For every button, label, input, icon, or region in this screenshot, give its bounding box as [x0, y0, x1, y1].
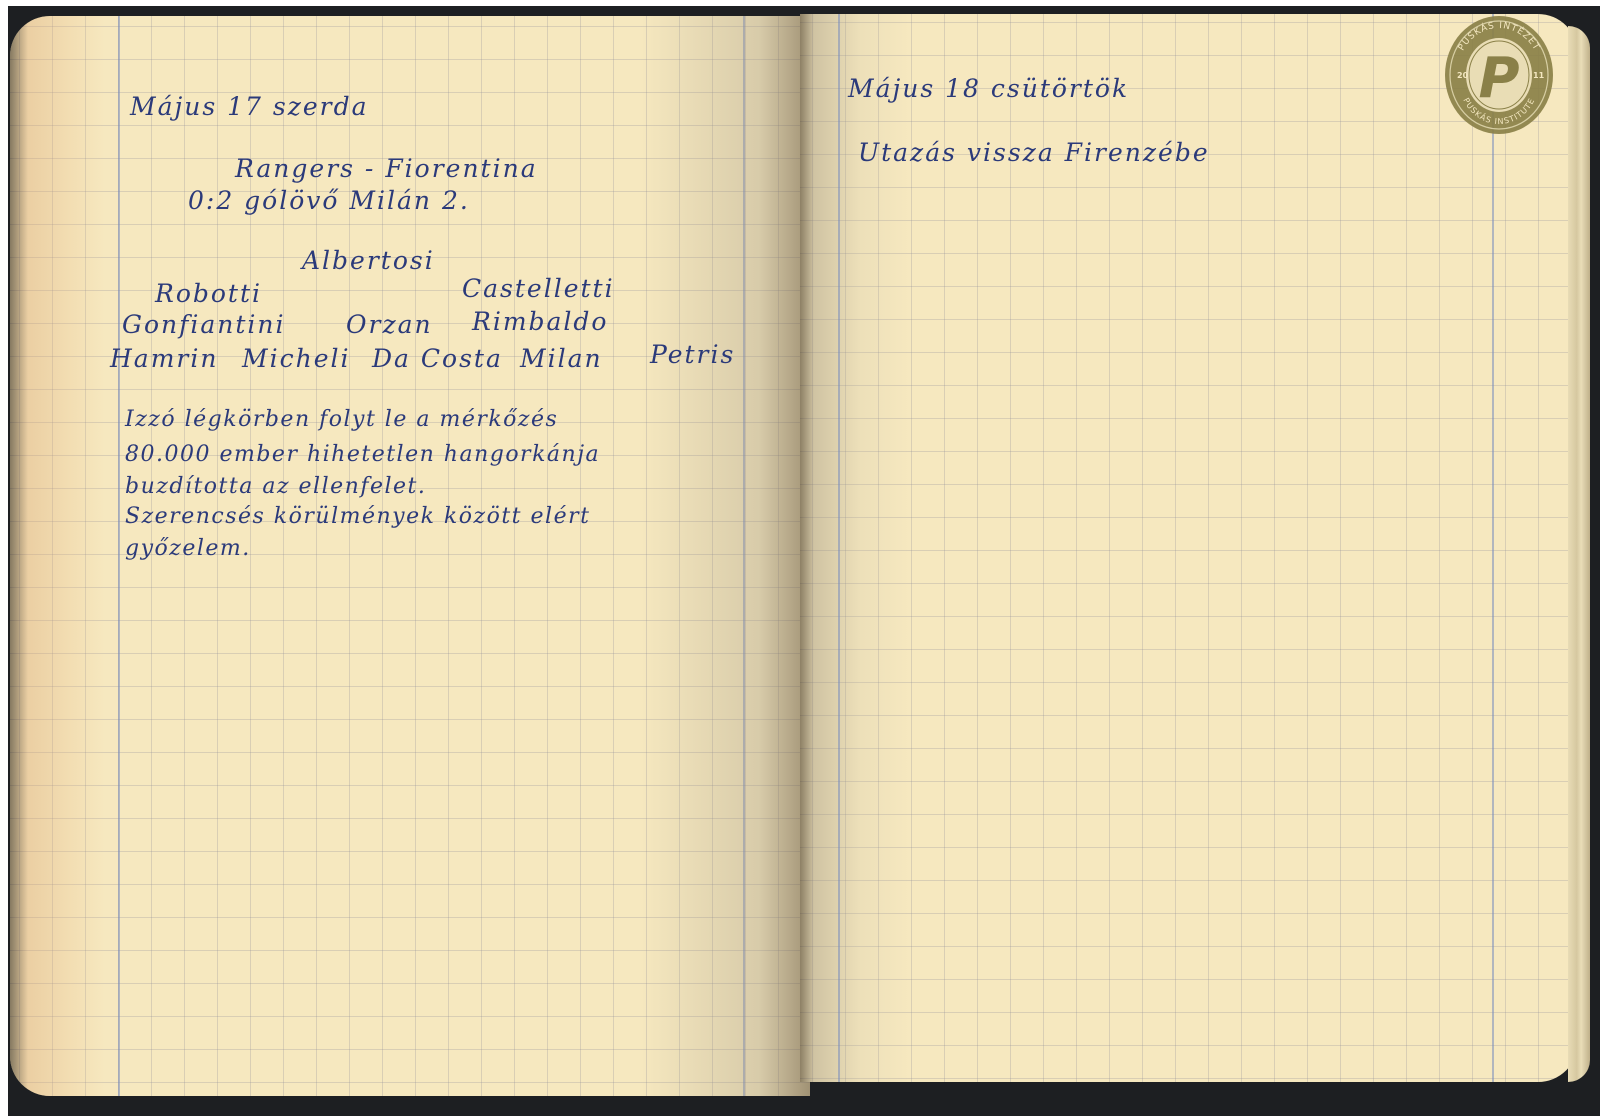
- svg-text:P: P: [1478, 46, 1519, 111]
- right-margin-line: [1492, 14, 1494, 1082]
- svg-text:11: 11: [1533, 71, 1545, 80]
- right-page: Május 18 csütörtök Utazás vissza Firenzé…: [800, 14, 1578, 1082]
- puskas-logo-icon: PUSKÁS INTÉZET PUSKÁS INSTITUTE 20 11 P: [1443, 14, 1555, 136]
- lineup-half-2: Orzan: [346, 312, 433, 337]
- date-heading-right: Május 18 csütörtök: [848, 76, 1129, 101]
- lineup-half-1: Gonfiantini: [122, 312, 286, 337]
- match-teams: Rangers - Fiorentina: [235, 156, 538, 181]
- svg-text:20: 20: [1457, 71, 1469, 80]
- spine-shadow-left: [640, 16, 810, 1096]
- lineup-forward-2: Micheli: [242, 346, 350, 371]
- match-result: 0:2 gólövő Milán 2.: [188, 188, 470, 213]
- note-line-3: buzdította az ellenfelet.: [125, 476, 426, 498]
- left-margin-line: [118, 16, 120, 1096]
- left-page: Május 17 szerda Rangers - Fiorentina 0:2…: [10, 16, 810, 1096]
- page-stack-edge: [1568, 26, 1590, 1082]
- date-heading-left: Május 17 szerda: [130, 94, 369, 119]
- note-line-2: 80.000 ember hihetetlen hangorkánja: [125, 444, 600, 466]
- lineup-forward-1: Hamrin: [110, 346, 218, 371]
- note-line-1: Izzó légkörben folyt le a mérkőzés: [125, 409, 558, 431]
- note-line-4: Szerencsés körülmények között elért: [125, 506, 590, 528]
- lineup-forward-4: Milan: [520, 346, 603, 371]
- lineup-goalkeeper: Albertosi: [302, 248, 435, 273]
- left-page-edge-shade: [10, 16, 105, 1096]
- lineup-half-3: Rimbaldo: [472, 309, 608, 334]
- lineup-defender-2: Castelletti: [462, 276, 615, 301]
- left-inner-margin-line: [743, 16, 745, 1096]
- spine-shadow-right: [800, 14, 910, 1082]
- puskas-institute-logo: PUSKÁS INTÉZET PUSKÁS INSTITUTE 20 11 P: [1443, 14, 1555, 136]
- lineup-forward-5: Petris: [650, 342, 735, 367]
- lineup-defender-1: Robotti: [155, 281, 262, 306]
- right-inner-margin-line: [838, 14, 840, 1082]
- lineup-forward-3: Da Costa: [372, 346, 503, 371]
- right-entry: Utazás vissza Firenzébe: [858, 140, 1210, 165]
- note-line-5: győzelem.: [125, 538, 251, 560]
